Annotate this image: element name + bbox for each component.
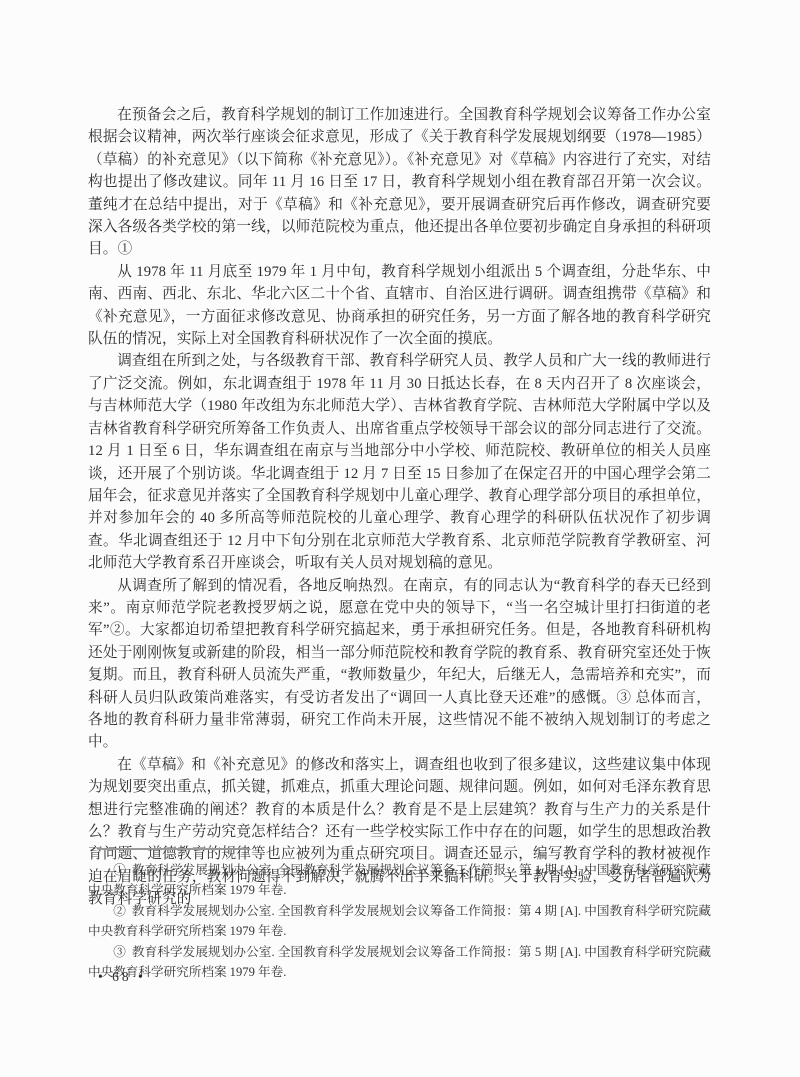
- footnote-section: ①教育科学发展规划办公室. 全国教育科学发展规划会议筹备工作简报：第 1 期 […: [88, 848, 711, 985]
- body-paragraph-3: 调查组在所到之处，与各级教育干部、教育科学研究人员、教学人员和广大一线的教师进行…: [88, 350, 711, 574]
- footnote-3-marker: ③: [113, 945, 126, 959]
- book-page: 在预备会之后，教育科学规划的制订工作加速进行。全国教育科学规划会议筹备工作办公室…: [0, 0, 800, 1077]
- body-text: 在预备会之后，教育科学规划的制订工作加速进行。全国教育科学规划会议筹备工作办公室…: [88, 104, 711, 911]
- body-paragraph-2: 从 1978 年 11 月底至 1979 年 1 月中旬，教育科学规划小组派出 …: [88, 261, 711, 351]
- footnote-divider: [98, 848, 250, 850]
- footnote-1: ①教育科学发展规划办公室. 全国教育科学发展规划会议筹备工作简报：第 1 期 […: [88, 861, 711, 900]
- footnote-1-text: 教育科学发展规划办公室. 全国教育科学发展规划会议筹备工作简报：第 1 期 [A…: [88, 863, 711, 897]
- footnote-2-marker: ②: [113, 904, 126, 918]
- body-paragraph-1: 在预备会之后，教育科学规划的制订工作加速进行。全国教育科学规划会议筹备工作办公室…: [88, 104, 711, 261]
- page-number: • 68 •: [98, 969, 146, 985]
- footnote-2: ②教育科学发展规划办公室. 全国教育科学发展规划会议筹备工作简报：第 4 期 […: [88, 902, 711, 941]
- footnote-3: ③教育科学发展规划办公室. 全国教育科学发展规划会议筹备工作简报：第 5 期 […: [88, 943, 711, 982]
- footnote-2-text: 教育科学发展规划办公室. 全国教育科学发展规划会议筹备工作简报：第 4 期 [A…: [88, 904, 711, 938]
- footnote-1-marker: ①: [113, 863, 126, 877]
- footnote-3-text: 教育科学发展规划办公室. 全国教育科学发展规划会议筹备工作简报：第 5 期 [A…: [88, 945, 711, 979]
- body-paragraph-4: 从调查所了解到的情况看，各地反响热烈。在南京，有的同志认为“教育科学的春天已经到…: [88, 575, 711, 754]
